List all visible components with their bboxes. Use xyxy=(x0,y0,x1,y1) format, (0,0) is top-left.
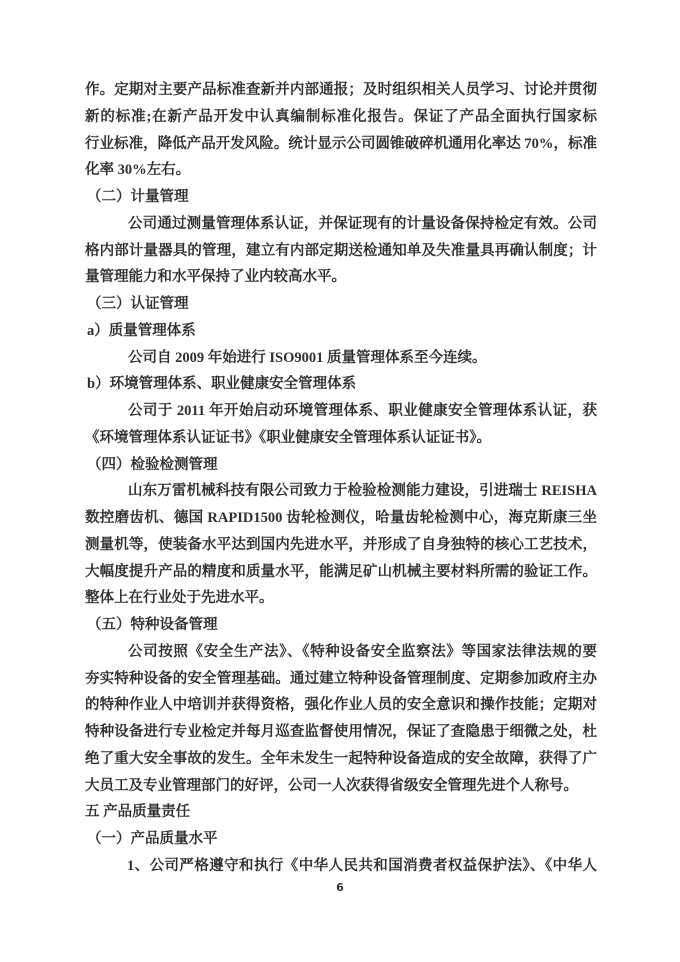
text-line-body: 大员工及专业管理部门的好评，公司一人次获得省级安全管理先进个人称号。 xyxy=(85,773,597,800)
text-line-body: 作。定期对主要产品标准查新并内部通报；及时组织相关人员学习、讨论并贯彻 xyxy=(85,77,597,104)
text-line-body: 特种设备进行专业检定并每月巡查监督使用情况，保证了查隐患于细微之处，杜 xyxy=(85,719,597,746)
text-line-body: 的特种作业人中培训并获得资格，强化作业人员的安全意识和操作技能；定期对 xyxy=(85,692,597,719)
text-line-body: 绝了重大安全事故的发生。全年未发生一起特种设备造成的安全故障，获得了广 xyxy=(85,746,597,773)
text-line-subheading: a）质量管理体系 xyxy=(85,318,597,345)
text-line-body: 公司通过测量管理体系认证，并保证现有的计量设备保持检定有效。公司严 xyxy=(85,211,597,238)
text-line-body: 化率 30%左右。 xyxy=(85,157,597,184)
text-line-body: 《环境管理体系认证证书》《职业健康安全管理体系认证证书》。 xyxy=(85,425,597,452)
text-line-body: 山东万雷机械科技有限公司致力于检验检测能力建设，引进瑞士 REISHAUER xyxy=(85,478,597,505)
text-line-heading: （四）检验检测管理 xyxy=(85,452,597,479)
text-line-body: 夯实特种设备的安全管理基础。通过建立特种设备管理制度、定期参加政府主办 xyxy=(85,666,597,693)
document-page: 作。定期对主要产品标准查新并内部通报；及时组织相关人员学习、讨论并贯彻新的标准;… xyxy=(0,0,680,962)
text-line-heading: （五）特种设备管理 xyxy=(85,612,597,639)
page-number: 6 xyxy=(0,879,680,897)
text-line-body: 公司按照《安全生产法》、《特种设备安全监察法》等国家法律法规的要求， xyxy=(85,639,597,666)
text-line-body: 整体上在行业处于先进水平。 xyxy=(85,585,597,612)
text-line-body: 数控磨齿机、德国 RAPID1500 齿轮检测仪，哈量齿轮检测中心，海克斯康三坐… xyxy=(85,505,597,532)
text-line-heading: 五 产品质量责任 xyxy=(85,799,597,826)
text-line-body: 大幅度提升产品的精度和质量水平，能满足矿山机械主要材料所需的验证工作。 xyxy=(85,559,597,586)
document-body: 作。定期对主要产品标准查新并内部通报；及时组织相关人员学习、讨论并贯彻新的标准;… xyxy=(85,77,597,880)
text-line-body: 公司于 2011 年开始启动环境管理体系、职业健康安全管理体系认证，获得 xyxy=(85,398,597,425)
text-line-body: 量管理能力和水平保持了业内较高水平。 xyxy=(85,264,597,291)
text-line-body: 测量机等，使装备水平达到国内先进水平，并形成了自身独特的核心工艺技术， xyxy=(85,532,597,559)
text-line-body: 公司自 2009 年始进行 ISO9001 质量管理体系至今连续。 xyxy=(85,345,597,372)
text-line-heading: （二）计量管理 xyxy=(85,184,597,211)
text-line-body: 行业标准，降低产品开发风险。统计显示公司圆锥破碎机通用化率达 70%，标准 xyxy=(85,131,597,158)
text-line-body: 新的标准;在新产品开发中认真编制标准化报告。保证了产品全面执行国家标准、 xyxy=(85,104,597,131)
text-line-heading: （一）产品质量水平 xyxy=(85,826,597,853)
text-line-heading: （三）认证管理 xyxy=(85,291,597,318)
text-line-body: 1、公司严格遵守和执行《中华人民共和国消费者权益保护法》、《中华人民 xyxy=(85,853,597,880)
text-line-subheading: b）环境管理体系、职业健康安全管理体系 xyxy=(85,371,597,398)
text-line-body: 格内部计量器具的管理，建立有内部定期送检通知单及失准量具再确认制度；计 xyxy=(85,238,597,265)
